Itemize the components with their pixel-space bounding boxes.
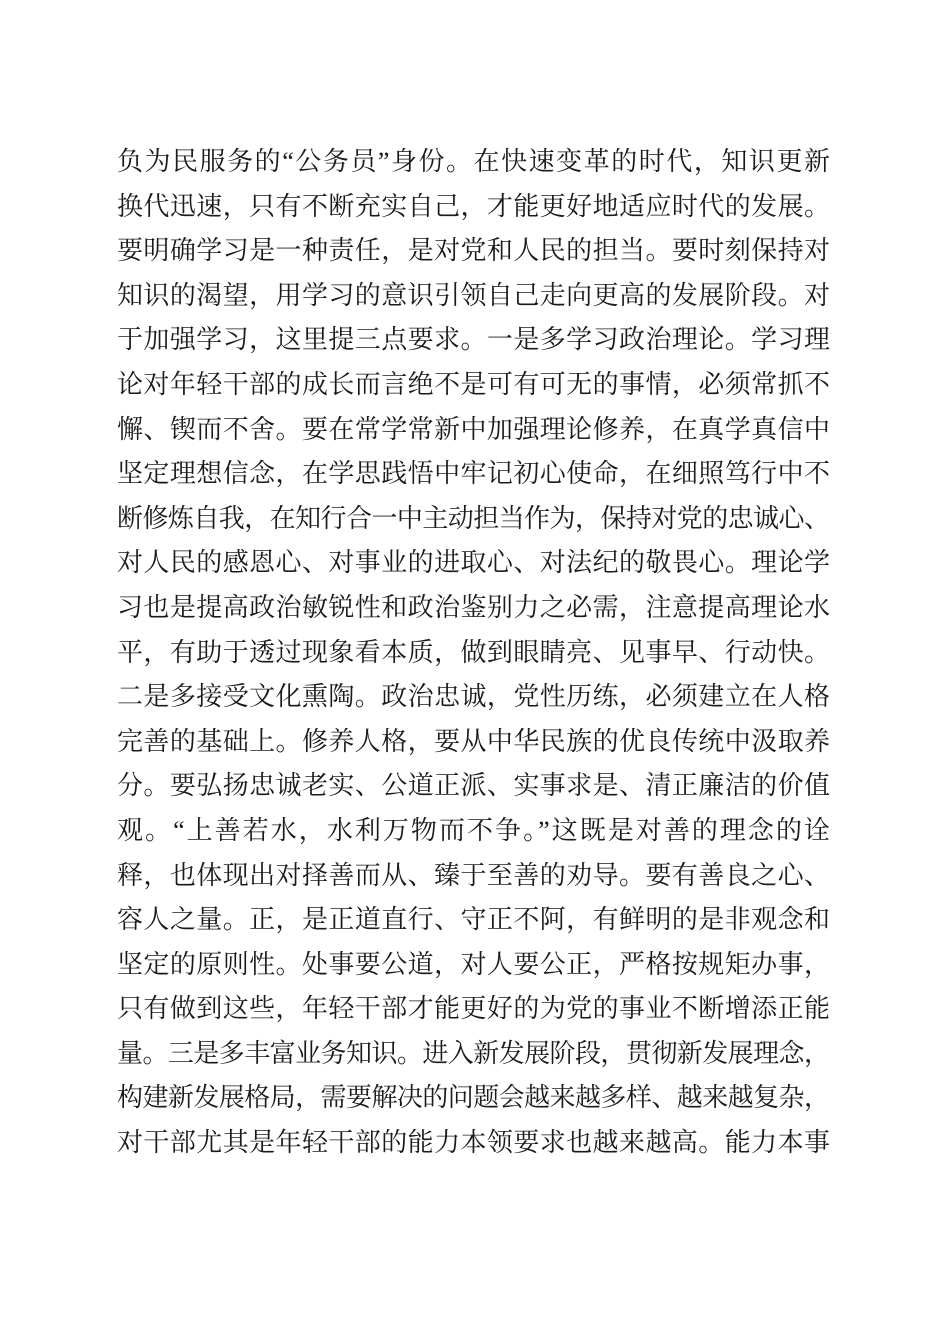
document-page: 负为民服务的“公务员”身份。在快速变革的时代，知识更新 换代迅速，只有不断充实自… [0, 0, 950, 1344]
text-line: 对人民的感恩心、对事业的进取心、对法纪的敬畏心。理论学 [117, 541, 829, 586]
text-line: 量。三是多丰富业务知识。进入新发展阶段，贯彻新发展理念， [117, 1032, 829, 1077]
text-line: 负为民服务的“公务员”身份。在快速变革的时代，知识更新 [117, 140, 829, 185]
text-line: 二是多接受文化熏陶。政治忠诚，党性历练，必须建立在人格 [117, 675, 829, 720]
text-line: 释，也体现出对择善而从、臻于至善的劝导。要有善良之心、 [117, 854, 829, 899]
text-line: 于加强学习，这里提三点要求。一是多学习政治理论。学习理 [117, 318, 829, 363]
text-line: 断修炼自我，在知行合一中主动担当作为，保持对党的忠诚心、 [117, 497, 829, 542]
text-line: 只有做到这些，年轻干部才能更好的为党的事业不断增添正能 [117, 987, 829, 1032]
text-line: 习也是提高政治敏锐性和政治鉴别力之必需，注意提高理论水 [117, 586, 829, 631]
text-line: 容人之量。正，是正道直行、守正不阿，有鲜明的是非观念和 [117, 898, 829, 943]
text-line: 知识的渴望，用学习的意识引领自己走向更高的发展阶段。对 [117, 274, 829, 319]
text-line: 分。要弘扬忠诚老实、公道正派、实事求是、清正廉洁的价值 [117, 764, 829, 809]
text-line: 坚定的原则性。处事要公道，对人要公正，严格按规矩办事， [117, 943, 829, 988]
text-line: 完善的基础上。修养人格，要从中华民族的优良传统中汲取养 [117, 720, 829, 765]
text-line: 换代迅速，只有不断充实自己，才能更好地适应时代的发展。 [117, 185, 829, 230]
body-text: 负为民服务的“公务员”身份。在快速变革的时代，知识更新 换代迅速，只有不断充实自… [117, 140, 829, 1166]
text-line: 对干部尤其是年轻干部的能力本领要求也越来越高。能力本事 [117, 1121, 829, 1166]
text-line: 论对年轻干部的成长而言绝不是可有可无的事情，必须常抓不 [117, 363, 829, 408]
text-line: 坚定理想信念，在学思践悟中牢记初心使命，在细照笃行中不 [117, 452, 829, 497]
text-line: 构建新发展格局，需要解决的问题会越来越多样、越来越复杂， [117, 1076, 829, 1121]
text-line: 平，有助于透过现象看本质，做到眼睛亮、见事早、行动快。 [117, 631, 829, 676]
text-line: 观。“上善若水，水利万物而不争。”这既是对善的理念的诠 [117, 809, 829, 854]
text-line: 懈、锲而不舍。要在常学常新中加强理论修养，在真学真信中 [117, 408, 829, 453]
text-line: 要明确学习是一种责任，是对党和人民的担当。要时刻保持对 [117, 229, 829, 274]
